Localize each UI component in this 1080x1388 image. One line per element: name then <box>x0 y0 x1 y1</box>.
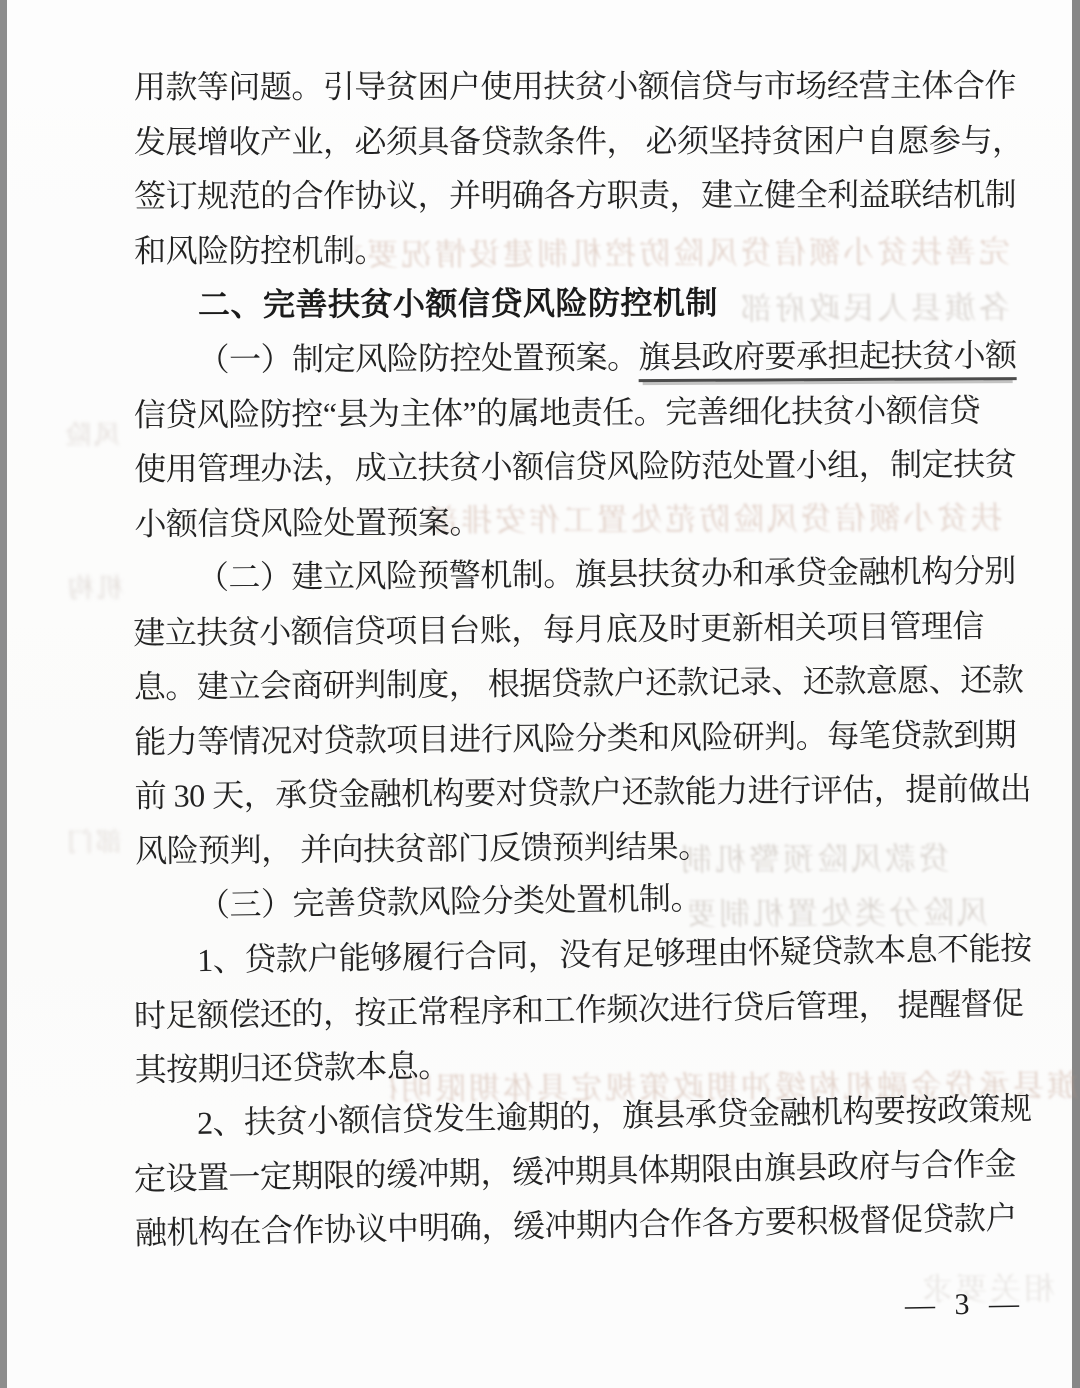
scan-edge-right <box>1072 0 1080 1388</box>
scan-edge-left <box>0 0 7 1388</box>
text-line: 信贷风险防控“县为主体”的属地责任。完善细化扶贫小额信贷 <box>134 383 1034 443</box>
text-line: 小额信贷风险处置预案。 <box>134 492 1034 552</box>
text-segment: （一）制定风险防控处置预案。 <box>197 339 638 377</box>
section-heading-2: 二、完善扶贫小额信贷风险防控机制 <box>134 275 1034 333</box>
paragraph-item-1: （一）制定风险防控处置预案。旗县政府要承担起扶贫小额 信贷风险防控“县为主体”的… <box>133 328 1034 551</box>
bleed-through-text: 风险 <box>48 415 120 452</box>
text-line: （二）建立风险预警机制。旗县扶贫办和承贷金融机构分别 <box>133 544 1033 606</box>
paragraph-item-2: （二）建立风险预警机制。旗县扶贫办和承贷金融机构分别 建立扶贫小额信贷项目台账，… <box>133 544 1036 879</box>
text-line: 息。建立会商研判制度， 根据贷款户还款记录、还款意愿、还款 <box>134 653 1034 715</box>
text-line: 使用管理办法，成立扶贫小额信贷风险防范处置小组，制定扶贫 <box>134 437 1034 497</box>
document-page: 完善扶贫小额信贷风险防控机制建设情况要求 各旗县人民政府部门 扶贫小额信贷风险防… <box>0 0 1080 1388</box>
text-line: 和风险防控机制。 <box>134 222 1034 278</box>
text-line: 能力等情况对贷款项目进行风险分类和风险研判。每笔贷款到期 <box>134 708 1034 770</box>
text-line: 前 30 天，承贷金融机构要对贷款户还款能力进行评估，提前做出 <box>134 762 1034 824</box>
text-line: 签订规范的合作协议，并明确各方职责，建立健全利益联结机制 <box>134 168 1034 224</box>
page-number: — 3 — <box>905 1287 1026 1323</box>
numbered-item-1: 1、贷款户能够履行合同，没有足够理由怀疑贷款本息不能按 时足额偿还的，按正常程序… <box>133 921 1035 1098</box>
paragraph-continuation: 用款等问题。引导贫困户使用扶贫小额信贷与市场经营主体合作 发展增收产业，必须具备… <box>134 58 1034 278</box>
text-line: 建立扶贫小额信贷项目台账，每月底及时更新相关项目管理信 <box>133 598 1033 660</box>
text-line: 发展增收产业，必须具备贷款条件， 必须坚持贫困户自愿参与， <box>134 113 1034 169</box>
heading-text: 二、完善扶贫小额信贷风险防控机制 <box>134 275 1034 333</box>
document-body: 用款等问题。引导贫困户使用扶贫小额信贷与市场经营主体合作 发展增收产业，必须具备… <box>134 60 1034 1261</box>
text-line: 用款等问题。引导贫困户使用扶贫小额信贷与市场经营主体合作 <box>134 58 1034 114</box>
bleed-through-text: 机构 <box>45 568 123 605</box>
numbered-item-2: 2、扶贫小额信贷发生逾期的，旗县承贷金融机构要按政策规 定设置一定期限的缓冲期，… <box>133 1082 1036 1261</box>
text-line: （一）制定风险防控处置预案。旗县政府要承担起扶贫小额 <box>133 328 1033 388</box>
bleed-through-text: 部门 <box>50 822 122 859</box>
underlined-text: 旗县政府要承担起扶贫小额 <box>638 337 1016 382</box>
